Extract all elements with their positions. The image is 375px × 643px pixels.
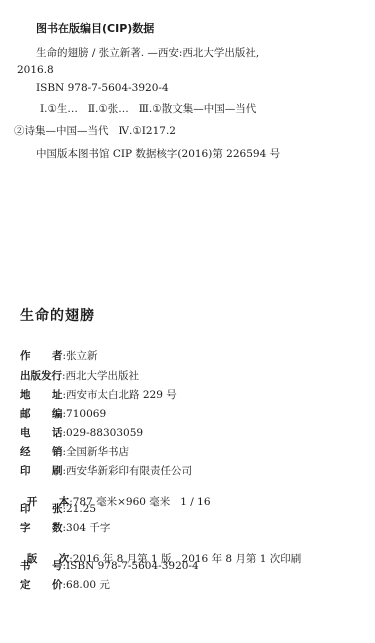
detail-label: 经 [20, 444, 52, 459]
detail-row-address: 地址:西安市太白北路 229 号 [20, 387, 177, 402]
detail-value: :21.25 [63, 503, 97, 515]
detail-value: :029-88303059 [63, 427, 144, 439]
detail-label: 数 [52, 520, 63, 535]
detail-value: :ISBN 978-7-5604-3920-4 [63, 560, 199, 572]
detail-row-distributor: 经销:全国新华书店 [20, 444, 129, 459]
detail-value: :全国新华书店 [63, 446, 130, 458]
detail-label: 邮 [20, 406, 52, 421]
detail-label: 话 [52, 425, 63, 440]
detail-value: :304 千字 [63, 522, 111, 534]
detail-label: 张 [52, 501, 63, 516]
detail-row-phone: 电话:029-88303059 [20, 425, 143, 440]
detail-label: 编 [52, 406, 63, 421]
detail-value: :西北大学出版社 [62, 370, 139, 382]
detail-label: 书 [20, 558, 52, 573]
detail-row-sheets: 印张:21.25 [20, 501, 96, 516]
detail-row-publisher: 出版发行:西北大学出版社 [20, 368, 139, 383]
detail-label: 价 [52, 577, 63, 592]
detail-row-isbn: 书号:ISBN 978-7-5604-3920-4 [20, 558, 199, 573]
detail-row-postcode: 邮编:710069 [20, 406, 106, 421]
detail-value: :68.00 元 [63, 579, 110, 591]
detail-row-printer: 印刷:西安华新彩印有限责任公司 [20, 463, 192, 478]
cip-classification-2: ②诗集—中国—当代 Ⅳ.①I217.2 [14, 123, 176, 138]
detail-label: 印 [20, 463, 52, 478]
detail-value: :西安华新彩印有限责任公司 [63, 465, 193, 477]
detail-row-wordcount: 字数:304 千字 [20, 520, 110, 535]
detail-label: 出版发行 [20, 368, 62, 383]
detail-label: 电 [20, 425, 52, 440]
cip-classification-1: Ⅰ.①生… Ⅱ.①张… Ⅲ.①散文集—中国—当代 [40, 101, 256, 116]
detail-label: 者 [52, 348, 63, 363]
detail-label: 定 [20, 577, 52, 592]
cip-title-line: 生命的翅膀 / 张立新著. —西安:西北大学出版社, [36, 45, 259, 60]
detail-label: 销 [52, 444, 63, 459]
detail-row-price: 定价:68.00 元 [20, 577, 110, 592]
cip-date-line: 2016.8 [17, 64, 54, 76]
detail-value: :710069 [63, 408, 107, 420]
detail-label: 印 [20, 501, 52, 516]
cip-number: 中国版本图书馆 CIP 数据核字(2016)第 226594 号 [36, 146, 280, 161]
detail-value: :西安市太白北路 229 号 [63, 389, 177, 401]
detail-label: 地 [20, 387, 52, 402]
detail-label: 刷 [52, 463, 63, 478]
detail-value: :张立新 [63, 350, 98, 362]
detail-label: 号 [52, 558, 63, 573]
cip-heading: 图书在版编目(CIP)数据 [36, 20, 154, 36]
book-title: 生命的翅膀 [20, 305, 95, 325]
detail-label: 址 [52, 387, 63, 402]
detail-row-author: 作者:张立新 [20, 348, 98, 363]
detail-label: 字 [20, 520, 52, 535]
detail-label: 作 [20, 348, 52, 363]
cip-isbn: ISBN 978-7-5604-3920-4 [36, 82, 169, 94]
